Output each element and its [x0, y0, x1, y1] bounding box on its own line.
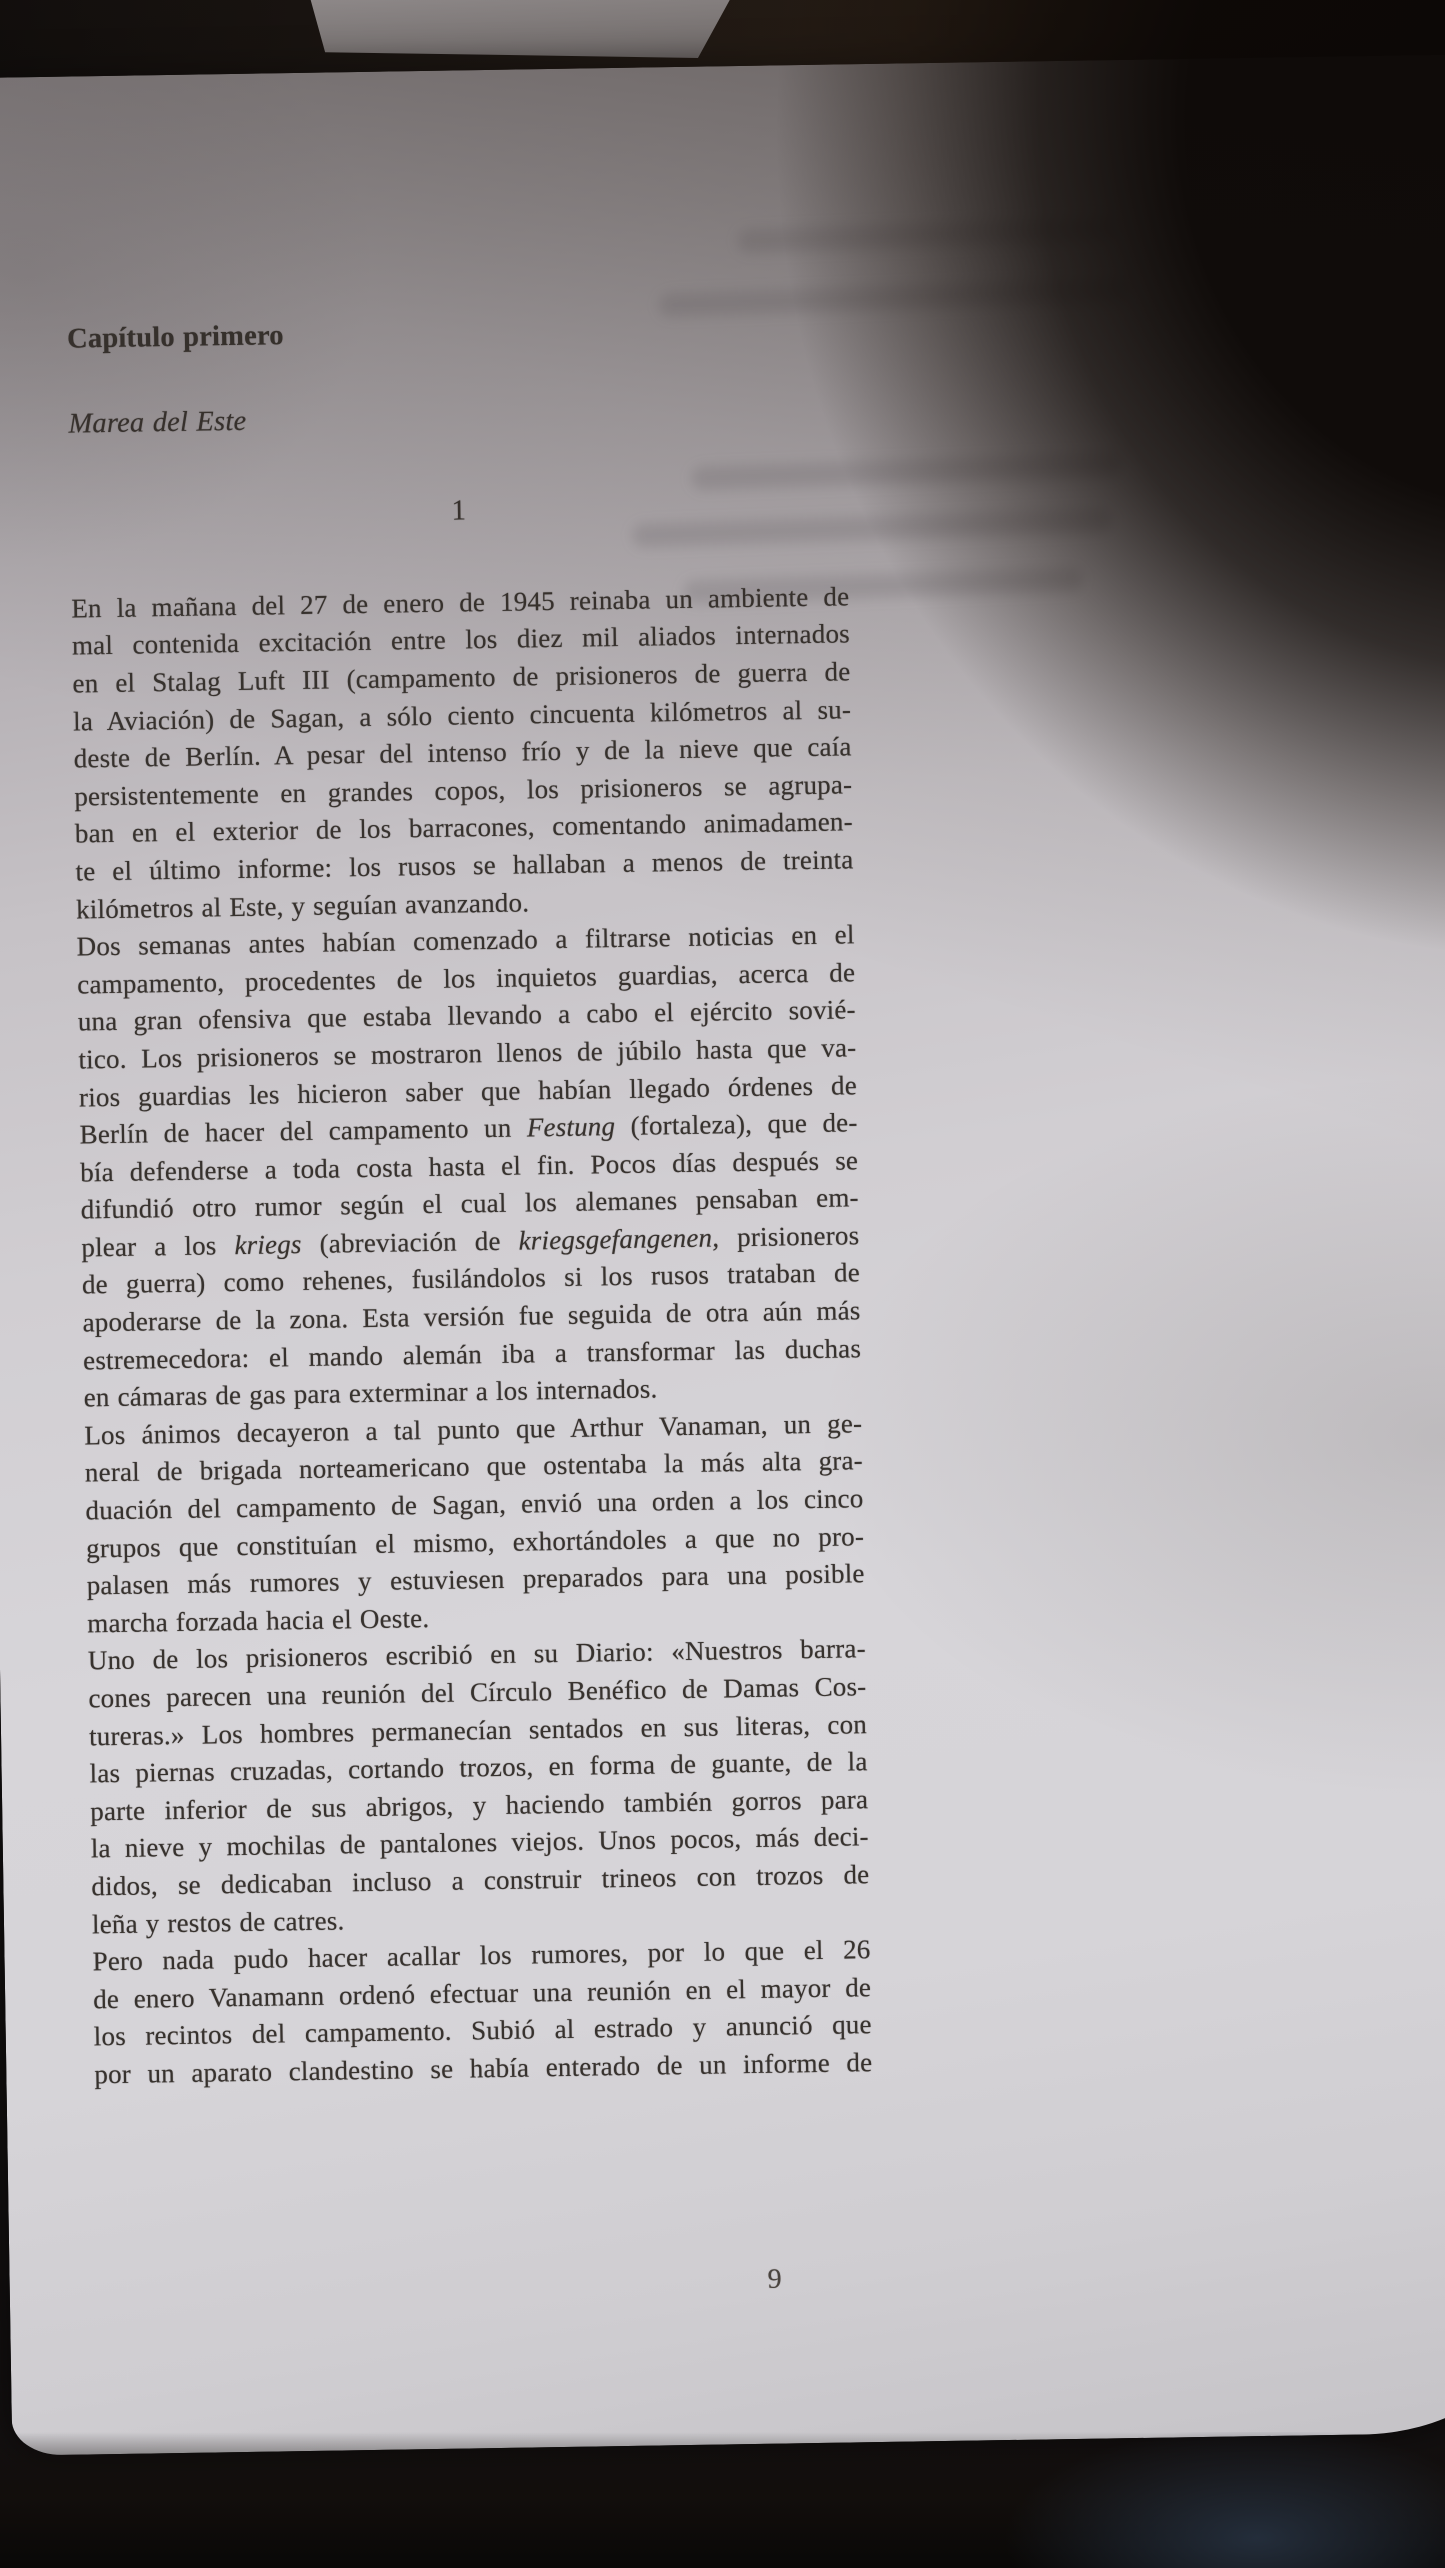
- paragraph: Pero nada pudo hacer acallar los rumores…: [92, 1931, 872, 2094]
- show-through-smudge: [737, 217, 1118, 254]
- paragraph: Uno de los prisioneros escribió en su Di…: [88, 1631, 871, 1944]
- book-page: Capítulo primero Marea del Este 1 En la …: [0, 54, 1445, 2455]
- printed-text-block: Capítulo primero Marea del Este 1 En la …: [67, 308, 873, 2094]
- paragraph: Los ánimos decayeron a tal punto que Art…: [84, 1405, 865, 1643]
- body-text: En la mañana del 27 de enero de 1945 rei…: [71, 578, 873, 2094]
- paragraph: Dos semanas antes habían comenzado a fil…: [76, 916, 862, 1417]
- section-number: 1: [70, 487, 848, 537]
- chapter-title: Marea del Este: [68, 393, 846, 443]
- paragraph: En la mañana del 27 de enero de 1945 rei…: [71, 578, 854, 929]
- table-surface-bottom: [0, 2432, 1445, 2568]
- page-number: 9: [767, 2264, 782, 2296]
- chapter-heading: Capítulo primero: [67, 308, 845, 358]
